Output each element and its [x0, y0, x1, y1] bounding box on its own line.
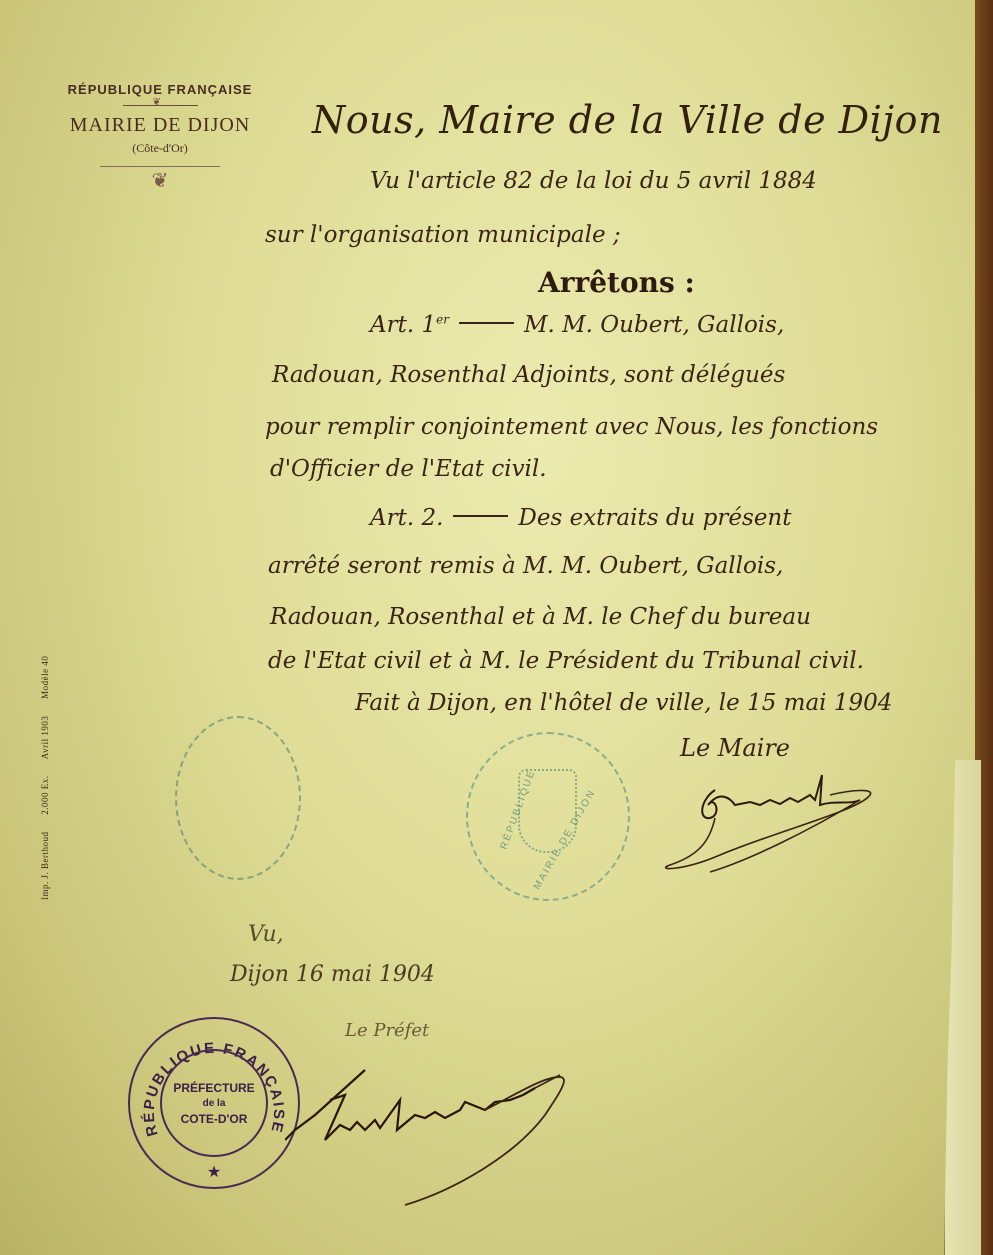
- article-1-sup: er: [436, 312, 449, 326]
- article-2-line: Radouan, Rosenthal et à M. le Chef du bu…: [270, 604, 811, 630]
- star-icon: ★: [207, 1164, 221, 1181]
- ornament-icon: ❦: [40, 171, 280, 191]
- prefecture-line2: de la: [203, 1098, 226, 1109]
- approval-place-date: Dijon 16 mai 1904: [230, 962, 435, 987]
- prefecture-line3: COTE-D'OR: [181, 1112, 248, 1126]
- prefect-signature: [285, 1040, 685, 1210]
- faint-stamp: [175, 716, 301, 880]
- article-1-line: Art. 1erM. M. Oubert, Gallois,: [370, 312, 784, 338]
- approval-seen: Vu,: [248, 922, 284, 947]
- done-at-line: Fait à Dijon, en l'hôtel de ville, le 15…: [355, 690, 892, 716]
- article-1-line: pour remplir conjointement avec Nous, le…: [265, 414, 878, 440]
- imprint-printer: Imp. J. Berthoud: [40, 832, 50, 901]
- letterhead-department: (Côte-d'Or): [40, 141, 280, 156]
- dash: [453, 515, 508, 517]
- dash: [459, 322, 514, 324]
- decree-arretons: Arrêtons :: [538, 266, 695, 299]
- article-2-line: Art. 2.Des extraits du présent: [370, 505, 791, 531]
- article-1-label: Art. 1: [370, 312, 436, 338]
- mairie-stamp: RÉPUBLIQUE MAIRIE DE DIJON: [466, 732, 630, 901]
- divider: [123, 105, 198, 106]
- article-1-line: Radouan, Rosenthal Adjoints, sont délégu…: [272, 362, 785, 388]
- imprint-copies: 2.000 Ex.: [40, 776, 50, 815]
- article-1-text: M. M. Oubert, Gallois,: [524, 312, 784, 338]
- article-2-label: Art. 2.: [370, 505, 443, 531]
- imprint-date: Avril 1903: [40, 716, 50, 760]
- mayor-title: Le Maire: [680, 734, 790, 762]
- article-1-line: d'Officier de l'Etat civil.: [270, 456, 547, 482]
- decree-line: sur l'organisation municipale ;: [265, 222, 621, 248]
- article-2-line: de l'Etat civil et à M. le Président du …: [268, 648, 864, 674]
- article-2-text: Des extraits du présent: [518, 505, 791, 531]
- article-2-line: arrêté seront remis à M. M. Oubert, Gall…: [268, 553, 783, 579]
- prefecture-stamp: RÉPUBLIQUE FRANÇAISE ★ PRÉFECTURE de la …: [128, 1017, 300, 1189]
- printer-imprint: Imp. J. Berthoud 2.000 Ex. Avril 1903 Mo…: [40, 642, 50, 900]
- letterhead-mairie: MAIRIE DE DIJON: [40, 114, 280, 137]
- letterhead: RÉPUBLIQUE FRANÇAISE MAIRIE DE DIJON (Cô…: [40, 82, 280, 191]
- divider: [100, 166, 220, 167]
- prefecture-line1: PRÉFECTURE: [173, 1081, 254, 1095]
- decree-line: Vu l'article 82 de la loi du 5 avril 188…: [370, 168, 817, 194]
- mayor-signature: [660, 760, 910, 880]
- prefect-title: Le Préfet: [345, 1020, 429, 1041]
- imprint-model: Modèle 40: [40, 656, 50, 699]
- decree-title: Nous, Maire de la Ville de Dijon: [312, 98, 943, 142]
- letterhead-republic: RÉPUBLIQUE FRANÇAISE: [40, 82, 280, 97]
- prefecture-stamp-center: PRÉFECTURE de la COTE-D'OR: [160, 1049, 268, 1157]
